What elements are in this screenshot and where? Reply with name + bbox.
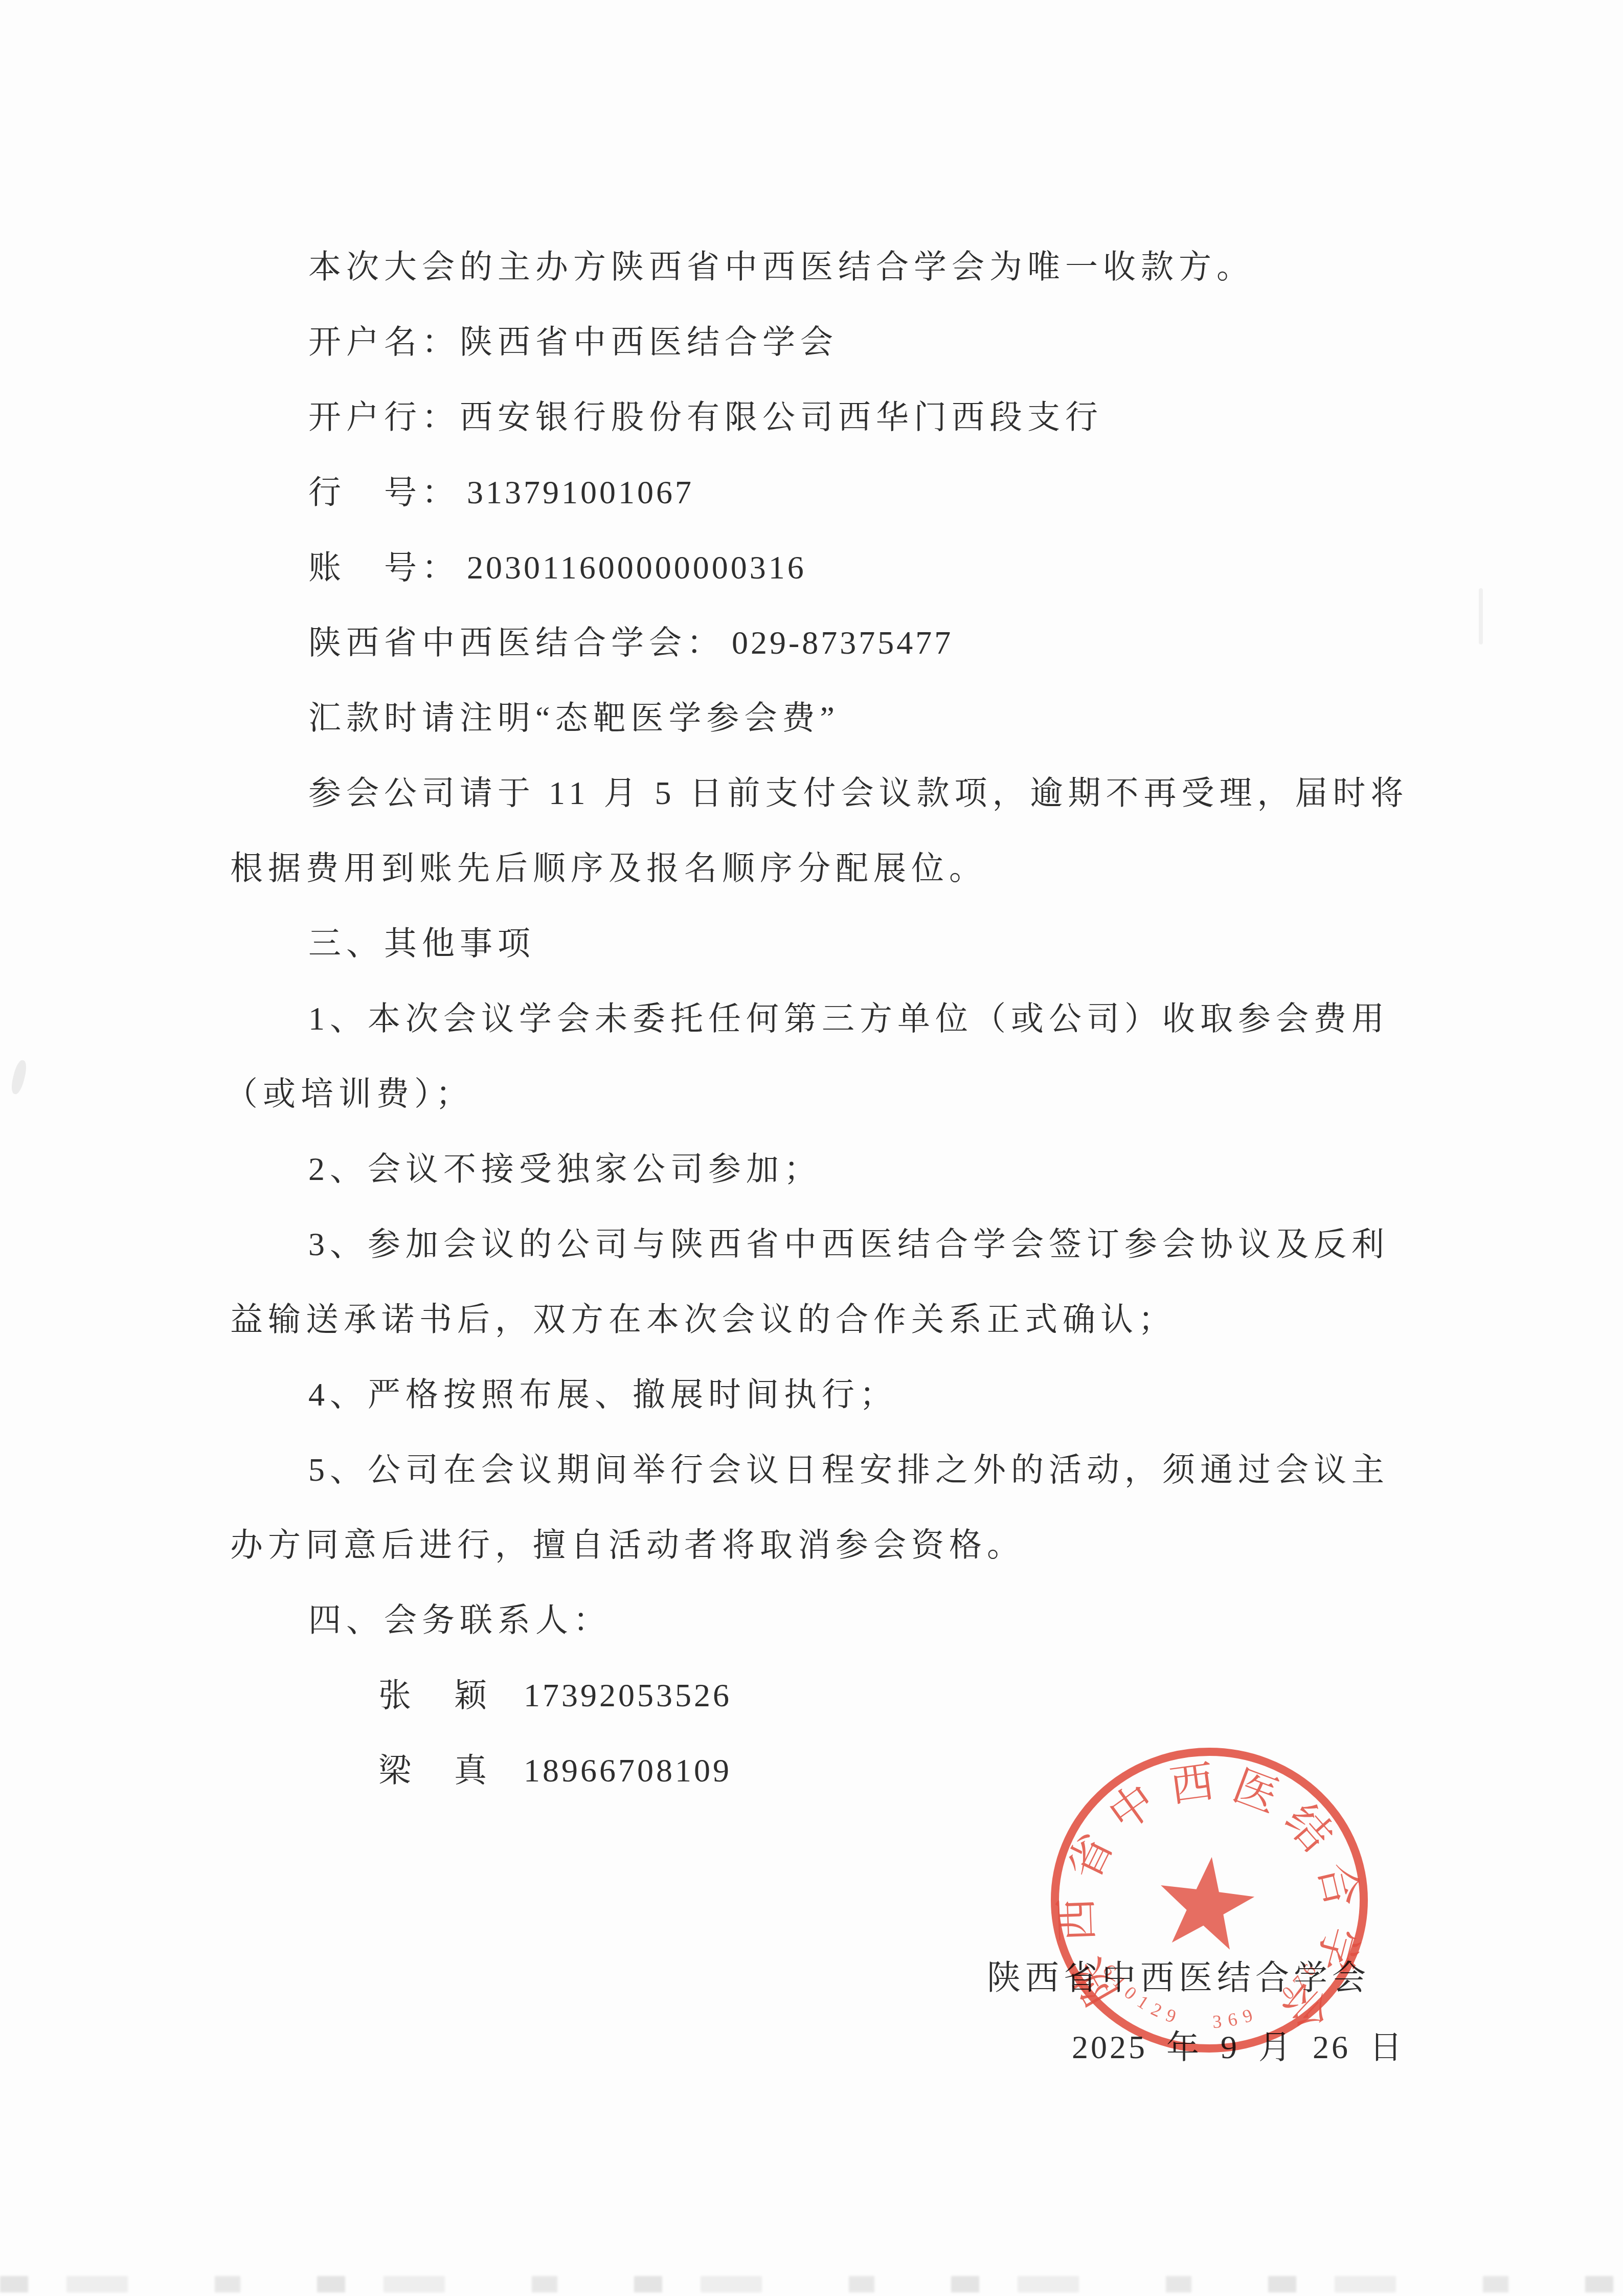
seal-arc-char: 西 bbox=[1052, 1897, 1102, 1943]
document-page: 本次大会的主办方陕西省中西医结合学会为唯一收款方。 开户名：陕西省中西医结合学会… bbox=[0, 0, 1623, 2296]
item-2-line: 2、会议不接受独家公司参加； bbox=[308, 1150, 822, 1188]
seal-star-icon bbox=[1161, 1857, 1254, 1950]
seal-arc-char: 西 bbox=[1167, 1757, 1217, 1812]
deadline-line-2: 根据费用到账先后顺序及报名顺序分配展位。 bbox=[230, 850, 987, 887]
account-no-label: 账 号： bbox=[308, 549, 460, 586]
seal-arc-char: 合 bbox=[1310, 1858, 1367, 1912]
scan-artifact bbox=[9, 1059, 29, 1095]
section-4-heading: 四、会务联系人： bbox=[308, 1601, 611, 1639]
seal-code-char: 9 bbox=[1163, 2004, 1179, 2027]
scan-noise-band bbox=[0, 2276, 1623, 2292]
account-name-line: 开户名：陕西省中西医结合学会 bbox=[308, 323, 838, 361]
deadline-line-1: 参会公司请于 11 月 5 日前支付会议款项，逾期不再受理，届时将 bbox=[308, 774, 1409, 812]
bank-label: 开户行： bbox=[308, 399, 460, 435]
bank-no-label: 行 号： bbox=[308, 474, 460, 510]
seal-code-char: 1 bbox=[1134, 1991, 1153, 2013]
org-phone-label: 陕西省中西医结合学会： bbox=[308, 625, 725, 661]
intro-line: 本次大会的主办方陕西省中西医结合学会为唯一收款方。 bbox=[308, 248, 1254, 286]
seal-code-char: 3 bbox=[1212, 2011, 1223, 2032]
seal-code-char: 9 bbox=[1240, 2004, 1255, 2027]
item-5-line-1: 5、公司在会议期间举行会议日程安排之外的活动，须通过会议主 bbox=[308, 1451, 1389, 1489]
item-1-line-1: 1、本次会议学会未委托任何第三方单位（或公司）收取参会费用 bbox=[308, 1000, 1389, 1038]
item-3-line-1: 3、参加会议的公司与陕西省中西医结合学会签订参会协议及反利 bbox=[308, 1225, 1389, 1263]
contact-name: 梁 真 bbox=[378, 1752, 492, 1789]
seal-code-char: 6 bbox=[1226, 2009, 1239, 2031]
bank-no-line: 行 号：313791001067 bbox=[308, 474, 694, 511]
account-name-label: 开户名： bbox=[308, 324, 460, 360]
item-1-line-2: （或培训费）； bbox=[225, 1075, 474, 1113]
seal-code-char: 2 bbox=[1148, 1999, 1165, 2021]
org-phone-line: 陕西省中西医结合学会：029-87375477 bbox=[308, 624, 953, 662]
remit-note-line: 汇款时请注明“态靶医学参会费” bbox=[308, 699, 840, 737]
org-phone-value: 029-87375477 bbox=[732, 625, 953, 661]
item-3-line-2: 益输送承诺书后，双方在本次会议的合作关系正式确认； bbox=[230, 1301, 1176, 1339]
contact-row: 梁 真18966708109 bbox=[378, 1752, 732, 1790]
account-no-line: 账 号：203011600000000316 bbox=[308, 549, 806, 587]
account-name-value: 陕西省中西医结合学会 bbox=[460, 324, 838, 360]
account-no-value: 203011600000000316 bbox=[467, 549, 806, 586]
official-seal-stamp: 陕西省中西医结合学会610129369076 bbox=[1033, 1726, 1386, 2079]
section-3-heading: 三、其他事项 bbox=[308, 925, 535, 963]
contact-row: 张 颖17392053526 bbox=[378, 1677, 732, 1714]
bank-line: 开户行：西安银行股份有限公司西华门西段支行 bbox=[308, 398, 1103, 436]
bank-no-value: 313791001067 bbox=[467, 474, 694, 510]
item-4-line: 4、严格按照布展、撤展时间执行； bbox=[308, 1376, 897, 1414]
item-5-line-2: 办方同意后进行，擅自活动者将取消参会资格。 bbox=[230, 1526, 1025, 1564]
contact-phone: 18966708109 bbox=[524, 1752, 732, 1789]
scan-artifact bbox=[1479, 588, 1483, 644]
contact-name: 张 颖 bbox=[378, 1677, 492, 1713]
bank-value: 西安银行股份有限公司西华门西段支行 bbox=[460, 399, 1103, 435]
contact-phone: 17392053526 bbox=[524, 1677, 732, 1713]
